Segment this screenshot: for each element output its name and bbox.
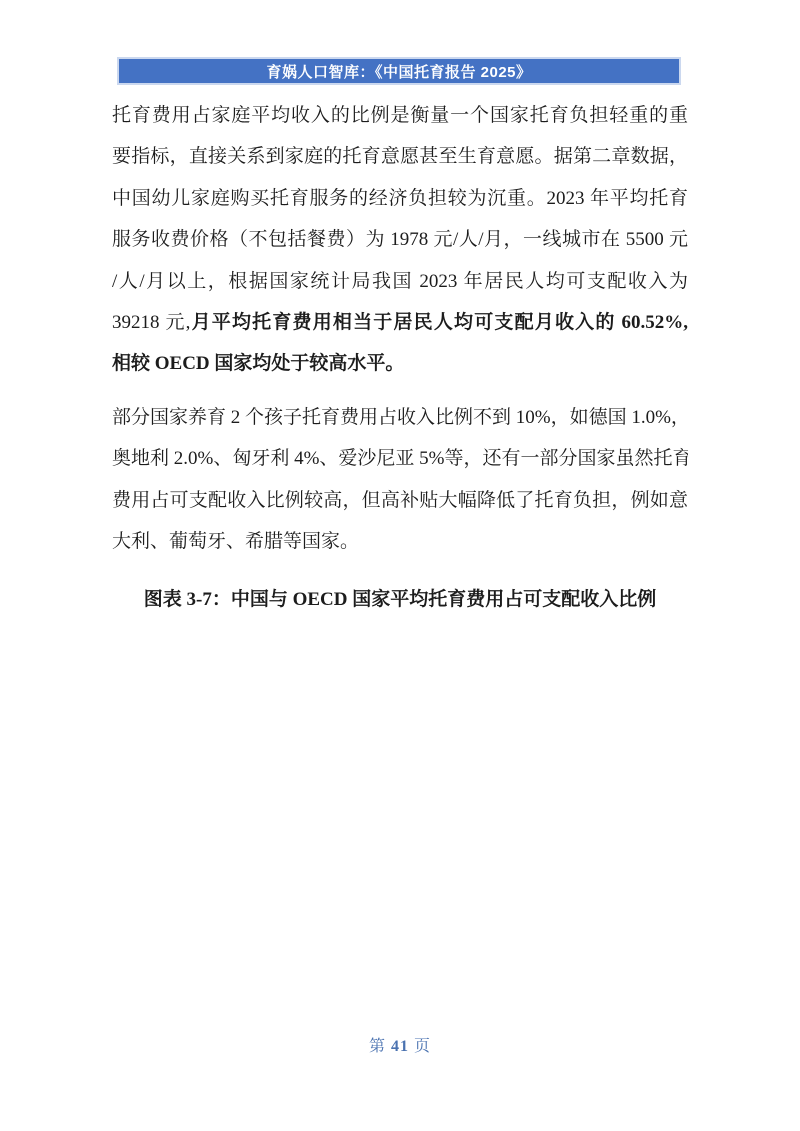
line-regular-text: 39218 元, <box>112 312 190 333</box>
bold-emphasis-text: 月平均托育费用相当于居民人均可支配月收入的 60.52%, <box>190 312 688 333</box>
paragraph-line: 服务收费价格（不包括餐费）为 1978 元/人/月，一线城市在 5500 元 <box>112 219 688 260</box>
paragraph-line: 部分国家养育 2 个孩子托育费用占收入比例不到 10%，如德国 1.0%， <box>112 397 688 438</box>
paragraph-line: 托育费用占家庭平均收入的比例是衡量一个国家托育负担轻重的重 <box>112 95 688 136</box>
paragraph-line: 中国幼儿家庭购买托育服务的经济负担较为沉重。2023 年平均托育 <box>112 178 688 219</box>
page-footer-prefix: 第 <box>369 1038 386 1055</box>
page-number: 41 <box>386 1038 414 1055</box>
report-header-title: 育娲人口智库：《中国托育报告 2025》 <box>266 61 531 82</box>
paragraph-line: 39218 元,月平均托育费用相当于居民人均可支配月收入的 60.52%, <box>112 302 688 343</box>
paragraph-line: 费用占可支配收入比例较高，但高补贴大幅降低了托育负担，例如意 <box>112 480 688 521</box>
page-content: 托育费用占家庭平均收入的比例是衡量一个国家托育负担轻重的重 要指标，直接关系到家… <box>112 95 688 621</box>
paragraph-line: 大利、葡萄牙、希腊等国家。 <box>112 521 688 562</box>
page-footer: 第41页 <box>0 1037 800 1057</box>
figure-caption: 图表 3-7：中国与 OECD 国家平均托育费用占可支配收入比例 <box>112 579 688 620</box>
paragraph-line: 奥地利 2.0%、匈牙利 4%、爱沙尼亚 5%等，还有一部分国家虽然托育 <box>112 438 688 479</box>
bold-emphasis-line: 相较 OECD 国家均处于较高水平。 <box>112 343 688 384</box>
paragraph-line: /人/月以上，根据国家统计局我国 2023 年居民人均可支配收入为 <box>112 261 688 302</box>
report-page: 育娲人口智库：《中国托育报告 2025》 托育费用占家庭平均收入的比例是衡量一个… <box>0 0 800 1131</box>
body-paragraph-2: 部分国家养育 2 个孩子托育费用占收入比例不到 10%，如德国 1.0%， 奥地… <box>112 397 688 563</box>
page-footer-suffix: 页 <box>414 1038 431 1055</box>
paragraph-line: 要指标，直接关系到家庭的托育意愿甚至生育意愿。据第二章数据， <box>112 136 688 177</box>
body-paragraph-1: 托育费用占家庭平均收入的比例是衡量一个国家托育负担轻重的重 要指标，直接关系到家… <box>112 95 688 385</box>
page-header-bar: 育娲人口智库：《中国托育报告 2025》 <box>117 57 681 85</box>
